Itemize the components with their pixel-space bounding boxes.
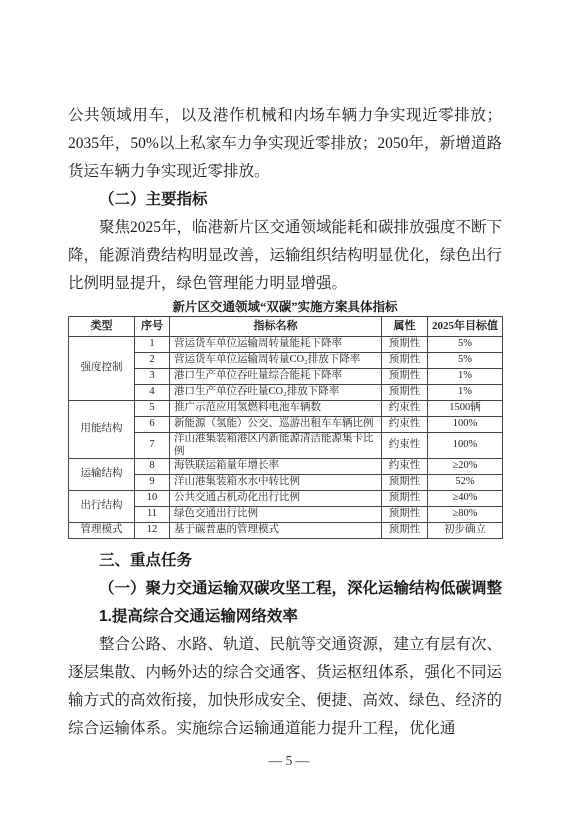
indicator-name-cell: 绿色交通出行比例	[170, 507, 382, 523]
attribute-cell: 预期性	[382, 523, 428, 539]
table-row: 9 洋山港集装箱水水中转比例 预期性 52%	[69, 475, 503, 491]
target-cell: 1%	[428, 385, 503, 401]
attribute-cell: 预期性	[382, 507, 428, 523]
no-cell: 4	[135, 385, 170, 401]
table-row: 3 港口生产单位吞吐量综合能耗下降率 预期性 1%	[69, 369, 503, 385]
indicator-name-cell: 洋山港集装箱水水中转比例	[170, 475, 382, 491]
paragraph-continuation: 公共领域用车，以及港作机械和内场车辆力争实现近零排放；2035年，50%以上私家…	[68, 102, 502, 186]
attribute-cell: 约束性	[382, 459, 428, 475]
target-cell: 5%	[428, 353, 503, 369]
type-cell: 强度控制	[69, 337, 135, 401]
target-cell: 100%	[428, 417, 503, 433]
type-cell: 管理模式	[69, 523, 135, 539]
indicator-name-cell: 港口生产单位吞吐量综合能耗下降率	[170, 369, 382, 385]
header-type: 类型	[69, 317, 135, 337]
page-number: — 5 —	[0, 752, 578, 770]
no-cell: 5	[135, 401, 170, 417]
table-header-row: 类型 序号 指标名称 属性 2025年目标值	[69, 317, 503, 337]
attribute-cell: 预期性	[382, 337, 428, 353]
paragraph-goals-2025: 聚焦2025年，临港新片区交通领域能耗和碳排放强度不断下降，能源消费结构明显改善…	[68, 214, 502, 298]
indicator-name-cell: 推广示范应用氢燃料电池车辆数	[170, 401, 382, 417]
type-cell: 出行结构	[69, 491, 135, 523]
attribute-cell: 预期性	[382, 369, 428, 385]
indicator-name-cell: 营运货车单位运输周转量能耗下降率	[170, 337, 382, 353]
indicator-name-cell: 营运货车单位运输周转量CO₂排放下降率	[170, 353, 382, 369]
attribute-cell: 预期性	[382, 491, 428, 507]
indicator-name-cell: 洋山港集装箱港区内新能源清洁能源集卡比例	[170, 433, 382, 459]
indicators-table: 类型 序号 指标名称 属性 2025年目标值 强度控制 1 营运货车单位运输周转…	[68, 316, 503, 539]
no-cell: 6	[135, 417, 170, 433]
paragraph-network-efficiency: 整合公路、水路、轨道、民航等交通资源，建立有层有次、逐层集散、内畅外达的综合交通…	[68, 631, 502, 743]
header-no: 序号	[135, 317, 170, 337]
target-cell: 5%	[428, 337, 503, 353]
indicator-name-cell: 新能源（氢能）公交、巡游出租车车辆比例	[170, 417, 382, 433]
target-cell: 100%	[428, 433, 503, 459]
table-row: 7 洋山港集装箱港区内新能源清洁能源集卡比例 约束性 100%	[69, 433, 503, 459]
no-cell: 9	[135, 475, 170, 491]
table-row: 4 港口生产单位吞吐量CO₂排放下降率 预期性 1%	[69, 385, 503, 401]
table-row: 管理模式 12 基于碳普惠的管理模式 预期性 初步确立	[69, 523, 503, 539]
indicator-name-cell: 基于碳普惠的管理模式	[170, 523, 382, 539]
no-cell: 7	[135, 433, 170, 459]
target-cell: 52%	[428, 475, 503, 491]
no-cell: 2	[135, 353, 170, 369]
table-row: 运输结构 8 海铁联运箱量年增长率 约束性 ≥20%	[69, 459, 503, 475]
section3-1-1-heading: 1.提高综合交通运输网络效率	[68, 603, 502, 631]
no-cell: 1	[135, 337, 170, 353]
table-row: 2 营运货车单位运输周转量CO₂排放下降率 预期性 5%	[69, 353, 503, 369]
no-cell: 12	[135, 523, 170, 539]
table-title: 新片区交通领域“双碳”实施方案具体指标	[68, 298, 502, 316]
target-cell: 1%	[428, 369, 503, 385]
attribute-cell: 约束性	[382, 401, 428, 417]
target-cell: ≥20%	[428, 459, 503, 475]
page-content: 公共领域用车，以及港作机械和内场车辆力争实现近零排放；2035年，50%以上私家…	[68, 102, 502, 743]
table-row: 强度控制 1 营运货车单位运输周转量能耗下降率 预期性 5%	[69, 337, 503, 353]
indicator-name-cell: 港口生产单位吞吐量CO₂排放下降率	[170, 385, 382, 401]
attribute-cell: 约束性	[382, 417, 428, 433]
indicator-name-cell: 海铁联运箱量年增长率	[170, 459, 382, 475]
target-cell: 初步确立	[428, 523, 503, 539]
section2-heading: （二）主要指标	[68, 186, 502, 214]
attribute-cell: 预期性	[382, 475, 428, 491]
attribute-cell: 约束性	[382, 433, 428, 459]
no-cell: 8	[135, 459, 170, 475]
attribute-cell: 预期性	[382, 353, 428, 369]
target-cell: 1500辆	[428, 401, 503, 417]
type-cell: 运输结构	[69, 459, 135, 491]
header-target-2025: 2025年目标值	[428, 317, 503, 337]
section3-heading: 三、重点任务	[68, 547, 502, 575]
table-row: 11 绿色交通出行比例 预期性 ≥80%	[69, 507, 503, 523]
attribute-cell: 预期性	[382, 385, 428, 401]
table-row: 出行结构 10 公共交通占机动化出行比例 预期性 ≥40%	[69, 491, 503, 507]
table-row: 6 新能源（氢能）公交、巡游出租车车辆比例 约束性 100%	[69, 417, 503, 433]
target-cell: ≥40%	[428, 491, 503, 507]
no-cell: 3	[135, 369, 170, 385]
target-cell: ≥80%	[428, 507, 503, 523]
section3-1-heading: （一）聚力交通运输双碳攻坚工程，深化运输结构低碳调整	[68, 575, 502, 603]
no-cell: 10	[135, 491, 170, 507]
no-cell: 11	[135, 507, 170, 523]
document-page: 公共领域用车，以及港作机械和内场车辆力争实现近零排放；2035年，50%以上私家…	[0, 0, 578, 818]
header-attribute: 属性	[382, 317, 428, 337]
type-cell: 用能结构	[69, 401, 135, 459]
table-row: 用能结构 5 推广示范应用氢燃料电池车辆数 约束性 1500辆	[69, 401, 503, 417]
header-indicator-name: 指标名称	[170, 317, 382, 337]
indicator-name-cell: 公共交通占机动化出行比例	[170, 491, 382, 507]
